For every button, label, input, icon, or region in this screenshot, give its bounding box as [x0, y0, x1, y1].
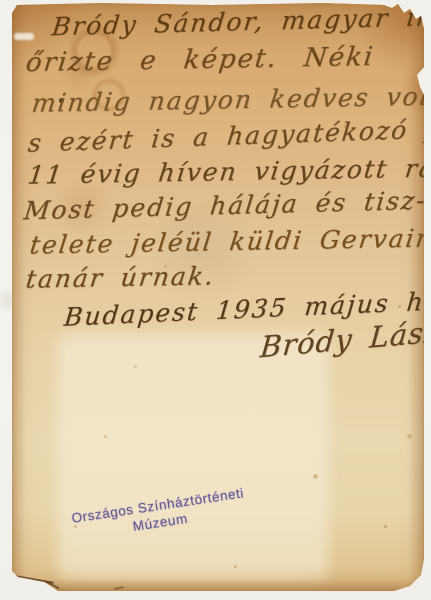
handwriting-line-7: telete jeléül küldi Gervain: [28, 223, 431, 259]
scanned-document-background: Bródy Sándor, magyar író őrizte e képet.…: [0, 0, 431, 600]
handwriting-line-4: s ezért is a hagyatékozó fiu: [27, 113, 431, 157]
scraped-spot: [14, 33, 34, 40]
bottom-edge-nick: [114, 586, 124, 590]
faded-patch: [57, 333, 329, 579]
handwriting-line-3: mindig nagyon kedves volt,: [30, 81, 431, 117]
foxing-specks: [12, 3, 15, 6]
handwriting-line-2: őrizte e képet. Néki: [24, 42, 376, 78]
handwriting-line-8: tanár úrnak.: [24, 261, 217, 293]
handwriting-line-1: Bródy Sándor, magyar író: [50, 2, 431, 41]
handwriting-line-5: 11 évig híven vigyázott rá.: [26, 153, 431, 189]
handwritten-note-page: Bródy Sándor, magyar író őrizte e képet.…: [12, 3, 424, 591]
handwriting-line-6: Most pedig hálája és tisz-: [22, 186, 428, 226]
